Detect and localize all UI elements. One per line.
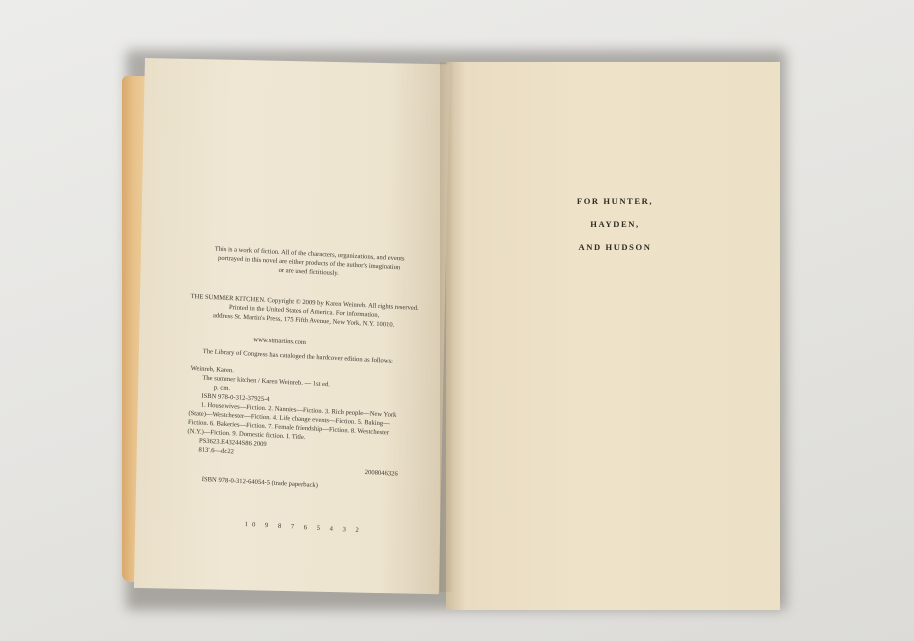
lccn: 2008046326 — [365, 468, 398, 479]
cip-data: Weinreb, Karen. The summer kitchen / Kar… — [186, 364, 425, 466]
right-page — [446, 62, 780, 610]
dedication-line: FOR HUNTER, — [520, 196, 710, 219]
dedication: FOR HUNTER, HAYDEN, AND HUDSON — [520, 196, 710, 265]
dedication-line: HAYDEN, — [520, 219, 710, 242]
dedication-line: AND HUDSON — [520, 242, 710, 265]
book-gutter — [440, 62, 454, 592]
